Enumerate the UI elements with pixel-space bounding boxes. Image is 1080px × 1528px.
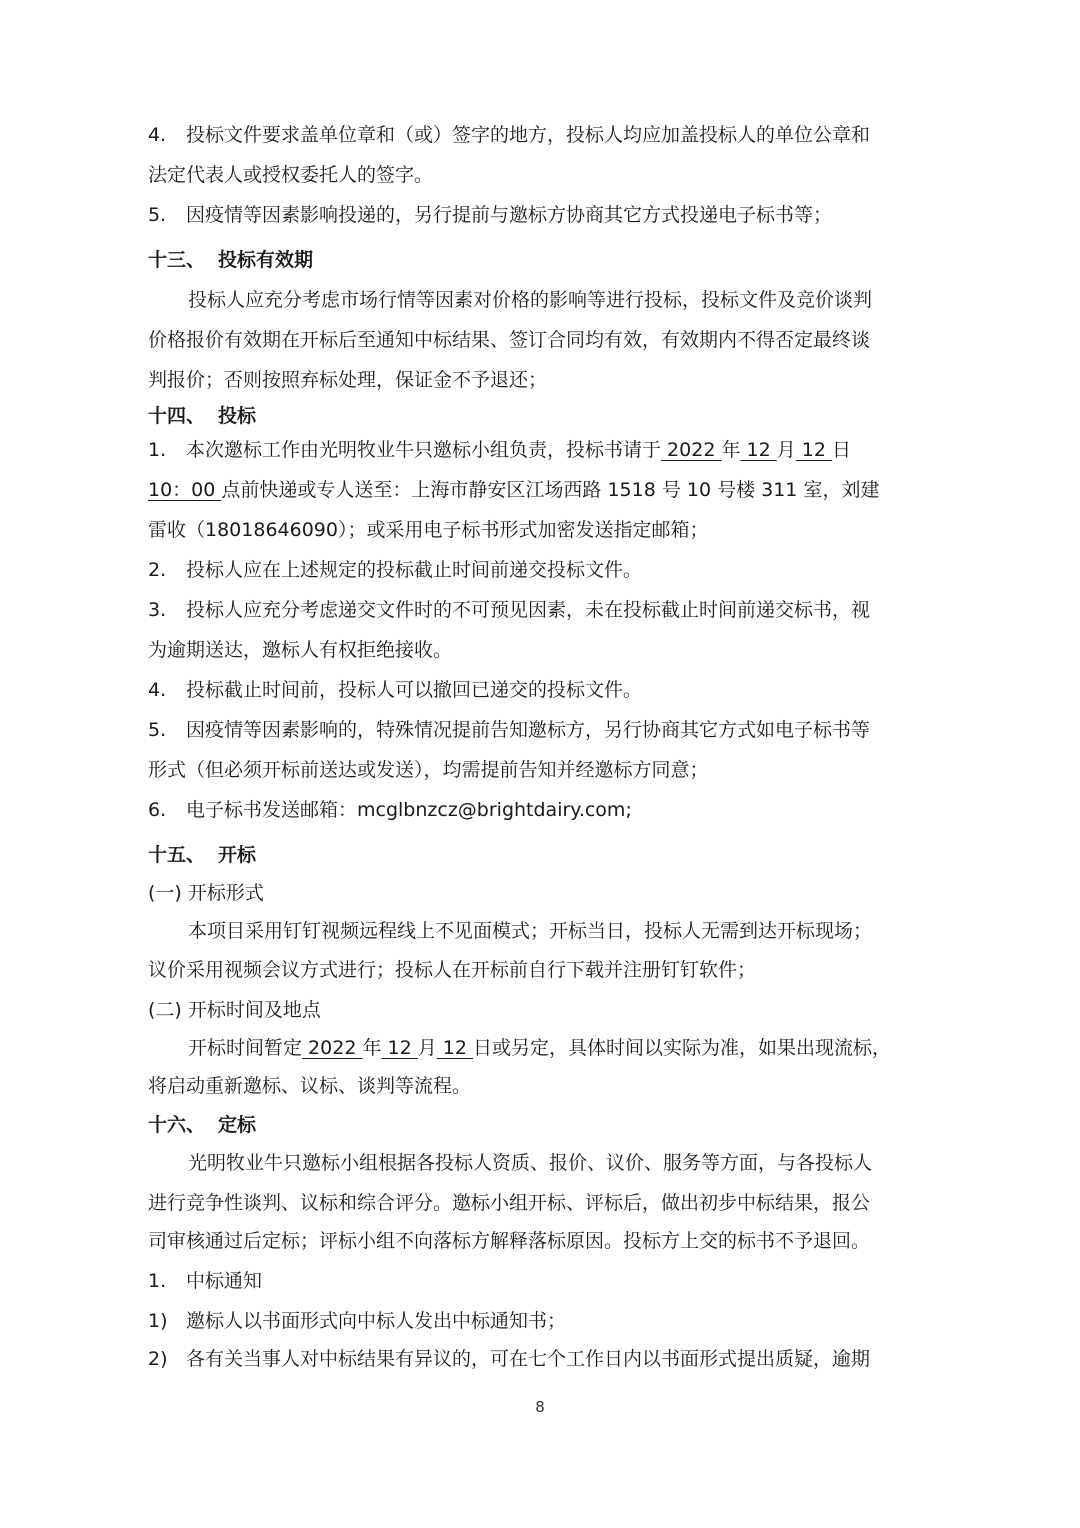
deadline-year: 2022 xyxy=(661,439,721,461)
subheading-15-1: (一) 开标形式 xyxy=(148,880,264,906)
list-item-14-3: 3.投标人应充分考虑递交文件时的不可预见因素，未在投标截止时间前递交标书，视 xyxy=(148,597,870,623)
paragraph-13-line1: 投标人应充分考虑市场行情等因素对价格的影响等进行投标，投标文件及竞价谈判 xyxy=(188,287,872,313)
deadline-time: 10：00 xyxy=(148,479,221,501)
list-item-14-5: 5.因疫情等因素影响的，特殊情况提前告知邀标方，另行协商其它方式如电子标书等 xyxy=(148,717,870,743)
paragraph-16-line1: 光明牧业牛只邀标小组根据各投标人资质、报价、议价、服务等方面，与各投标人 xyxy=(188,1150,872,1176)
paragraph-15-1-line2: 议价采用视频会议方式进行；投标人在开标前自行下载并注册钉钉软件； xyxy=(148,957,756,983)
paragraph-16-line3: 司审核通过后定标；评标小组不向落标方解释落标原因。投标方上交的标书不予退回。 xyxy=(148,1228,870,1254)
list-item-16-1: 1.中标通知 xyxy=(148,1268,262,1294)
paragraph-13-line2: 价格报价有效期在开标后至通知中标结果、签订合同均有效，有效期内不得否定最终谈 xyxy=(148,327,870,353)
paragraph-16-line2: 进行竞争性谈判、议标和综合评分。邀标小组开标、评标后，做出初步中标结果，报公 xyxy=(148,1190,870,1216)
opening-year: 2022 xyxy=(302,1037,362,1059)
section-heading-13: 十三、投标有效期 xyxy=(148,247,313,273)
deadline-day: 12 xyxy=(796,439,832,461)
subheading-15-2: (二) 开标时间及地点 xyxy=(148,997,321,1023)
paragraph-13-line3: 判报价；否则按照弃标处理，保证金不予退还； xyxy=(148,367,547,393)
list-item-14-5-cont: 形式（但必须开标前送达或发送），均需提前告知并经邀标方同意； xyxy=(148,757,709,783)
section-heading-14: 十四、投标 xyxy=(148,403,256,429)
list-item-14-1-cont: 10：00 点前快递或专人送至：上海市静安区江场西路 1518 号 10 号楼 … xyxy=(148,477,879,503)
opening-day: 12 xyxy=(437,1037,473,1059)
paragraph-15-2-line1: 开标时间暂定 2022 年 12 月 12 日或另定，具体时间以实际为准，如果出… xyxy=(188,1035,891,1061)
list-item-12-4-cont: 法定代表人或授权委托人的签字。 xyxy=(148,162,433,188)
section-heading-15: 十五、开标 xyxy=(148,842,256,868)
list-item-14-6: 6.电子标书发送邮箱：mcglbnzcz@brightdairy.com; xyxy=(148,797,632,823)
opening-month: 12 xyxy=(381,1037,417,1059)
list-item-14-2: 2.投标人应在上述规定的投标截止时间前递交投标文件。 xyxy=(148,557,642,583)
section-heading-16: 十六、定标 xyxy=(148,1112,256,1138)
list-item-16-1-1: 1)邀标人以书面形式向中标人发出中标通知书； xyxy=(148,1308,566,1334)
list-item-14-4: 4.投标截止时间前，投标人可以撤回已递交的投标文件。 xyxy=(148,677,642,703)
page-number: 8 xyxy=(0,1398,1080,1416)
paragraph-15-2-line2: 将启动重新邀标、议标、谈判等流程。 xyxy=(148,1073,471,1099)
deadline-month: 12 xyxy=(740,439,776,461)
list-item-12-5: 5.因疫情等因素影响投递的，另行提前与邀标方协商其它方式投递电子标书等； xyxy=(148,202,832,228)
list-item-12-4: 4.投标文件要求盖单位章和（或）签字的地方，投标人均应加盖投标人的单位公章和 xyxy=(148,122,870,148)
list-item-14-3-cont: 为逾期送达，邀标人有权拒绝接收。 xyxy=(148,637,452,663)
list-item-16-1-2: 2)各有关当事人对中标结果有异议的，可在七个工作日内以书面形式提出质疑，逾期 xyxy=(148,1346,870,1372)
list-item-14-1-cont2: 雷收（18018646090）；或采用电子标书形式加密发送指定邮箱； xyxy=(148,517,708,543)
list-item-14-1: 1.本次邀标工作由光明牧业牛只邀标小组负责，投标书请于 2022 年 12 月 … xyxy=(148,437,851,463)
paragraph-15-1-line1: 本项目采用钉钉视频远程线上不见面模式；开标当日，投标人无需到达开标现场； xyxy=(188,918,872,944)
